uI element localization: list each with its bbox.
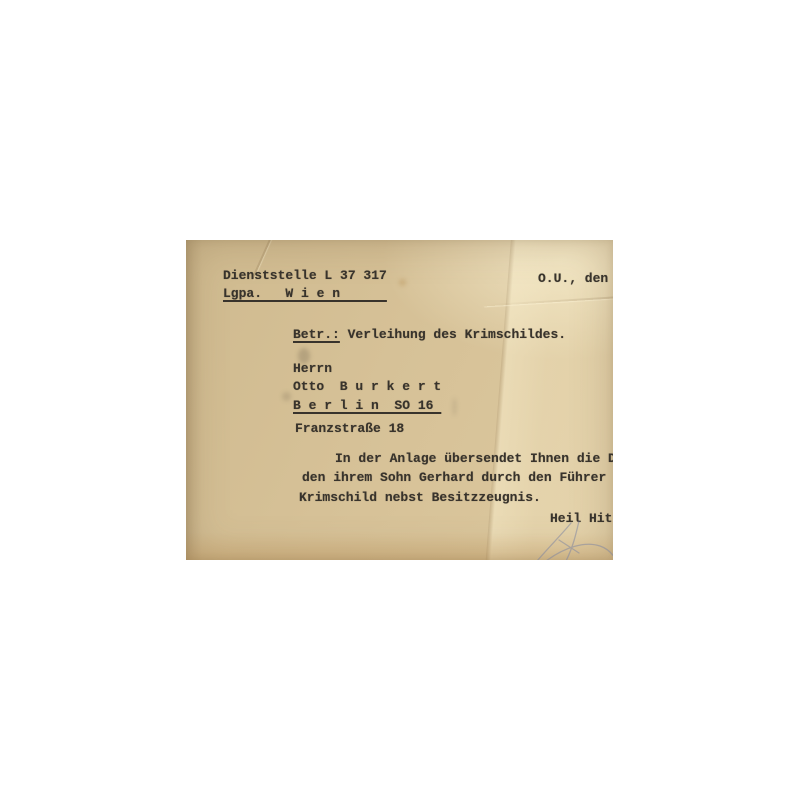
document-photo: Dienststelle L 37 317 Lgpa. W i e n O.U.… <box>186 240 613 560</box>
page-background: Dienststelle L 37 317 Lgpa. W i e n O.U.… <box>0 0 800 800</box>
letter-paper: Dienststelle L 37 317 Lgpa. W i e n O.U.… <box>186 240 613 560</box>
handwritten-signature-mark <box>186 240 613 560</box>
